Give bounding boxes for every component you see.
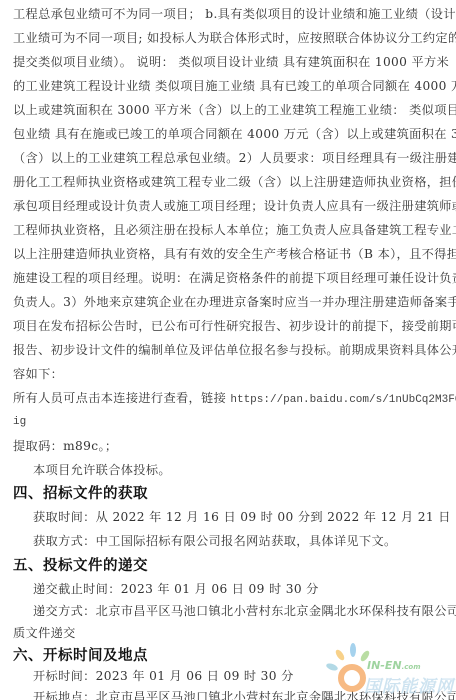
body-text-line: 承包项目经理或设计负责人或施工项目经理；设计负责人应具有一级注册建筑师或注册化工: [13, 198, 456, 214]
section-heading-obtain: 四、招标文件的获取: [13, 482, 148, 503]
body-text-line: 工程师执业资格，且必须注册在投标人本单位；施工负责人应具备建筑工程专业二级（含）: [13, 222, 456, 238]
body-text-line: 工程总承包业绩可不为同一项目； b.具有类似项目的设计业绩和施工业绩（设计业绩和…: [13, 6, 456, 22]
submission-method-continuation: 质文件递交: [13, 625, 76, 641]
opening-location: 开标地点：北京市昌平区马池口镇北小营村东北京金隅北水环保科技有限公司会议室: [33, 689, 456, 700]
body-text-line: 工业绩可为不同一项目; 如投标人为联合体形式时，应按照联合体协议分工约定的工作内…: [13, 30, 456, 46]
body-text-line: 包业绩 具有在施或已竣工的单项合同额在 4000 万元（含）以上或建筑面积在 3…: [13, 126, 456, 142]
joint-bid-note: 本项目允许联合体投标。: [33, 462, 171, 478]
body-text-line: 容如下：: [13, 366, 63, 382]
body-text-line: 册化工工程师执业资格或建筑工程专业二级（含）以上注册建造师执业资格，担任过工程总: [13, 174, 456, 190]
submission-method: 递交方式：北京市昌平区马池口镇北小营村东北京金隅北水环保科技有限公司会议室纸: [33, 603, 456, 619]
body-text-line: 施建设工程的项目经理。说明：在满足资格条件的前提下项目经理可兼任设计负责人或施工: [13, 270, 456, 286]
body-text-line: 以上或建筑面积在 3000 平方米（含）以上的工业建筑工程施工业绩： 类似项目工…: [13, 102, 456, 118]
obtain-method: 获取方式：中工国际招标有限公司报名网站获取，具体详见下文。: [33, 533, 397, 549]
body-text-line: 以上注册建造师执业资格，具有有效的安全生产考核合格证书（B 本），且不得担任其他…: [13, 246, 456, 262]
document-page: 工程总承包业绩可不为同一项目； b.具有类似项目的设计业绩和施工业绩（设计业绩和…: [0, 0, 456, 700]
body-text-line: 报告、初步设计文件的编制单位及评估单位报名参与投标。前期成果资料具体公开方式及内: [13, 342, 456, 358]
obtain-time: 获取时间：从 2022 年 12 月 16 日 09 时 00 分到 2022 …: [33, 509, 456, 525]
watermark-text-en: IN-EN.com: [367, 659, 421, 672]
body-text-line: （含）以上的工业建筑工程总承包业绩。2）人员要求：项目经理具有一级注册建筑师或注: [13, 150, 456, 166]
submission-deadline: 递交截止时间：2023 年 01 月 06 日 09 时 30 分: [33, 581, 319, 597]
body-text-line: 负责人。3）外地来京建筑企业在办理进京备案时应当一并办理注册建造师备案手续。4）…: [13, 294, 456, 310]
download-link[interactable]: https://pan.baidu.com/s/1nUbCq2M3F0JiMZw…: [230, 394, 456, 406]
body-text-line: 的工业建筑工程设计业绩 类似项目施工业绩 具有已竣工的单项合同额在 4000 万…: [13, 78, 456, 94]
body-text-line: 提交类似项目业绩）。 说明： 类似项目设计业绩 具有建筑面积在 1000 平方米…: [13, 54, 456, 70]
section-heading-submission: 五、投标文件的递交: [13, 554, 148, 575]
section-heading-opening: 六、开标时间及地点: [13, 644, 148, 665]
body-text-line: 项目在发布招标公告时，已公布可行性研究报告、初步设计的前提下，接受前期可行性研究: [13, 318, 456, 334]
extract-code: 提取码：m89c。；: [13, 438, 117, 454]
download-link-continuation[interactable]: ig: [13, 414, 26, 430]
link-prefix: 所有人员可点击本连接进行查看，链接: [13, 391, 230, 405]
opening-time: 开标时间：2023 年 01 月 06 日 09 时 30 分: [33, 668, 294, 684]
download-link-line: 所有人员可点击本连接进行查看，链接 https://pan.baidu.com/…: [13, 390, 456, 408]
